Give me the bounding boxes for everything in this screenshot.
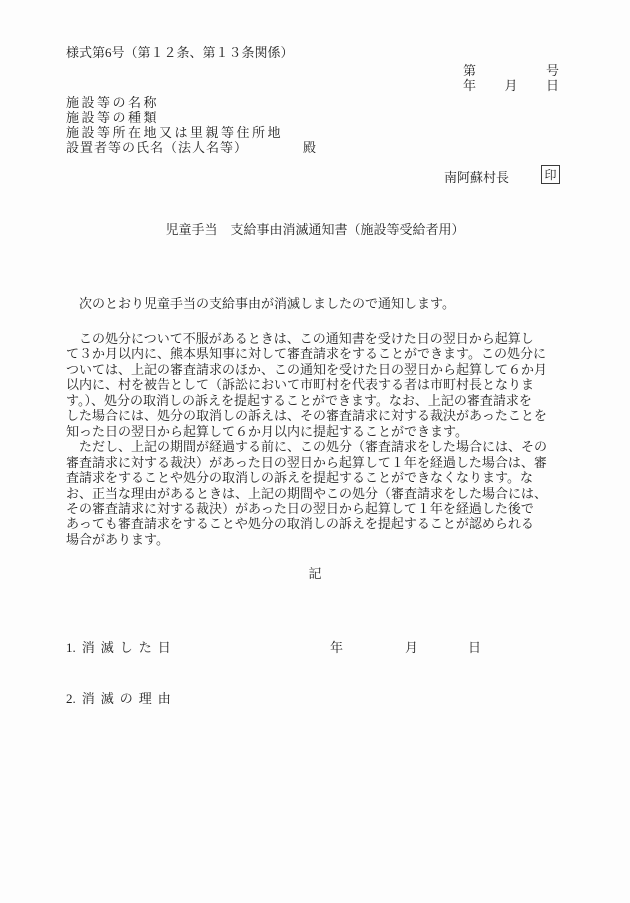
seal-stamp-box: 印	[541, 165, 560, 184]
doc-number-suffix: 号	[546, 63, 559, 78]
date-day-label: 日	[546, 78, 559, 93]
doc-number-prefix: 第	[463, 63, 476, 78]
item-2-label: 消滅の理由	[82, 691, 177, 706]
page-title: 児童手当 支給事由消滅通知書（施設等受給者用）	[0, 222, 630, 237]
honorific-label: 殿	[303, 140, 316, 155]
item-2-number: 2.	[66, 691, 76, 706]
item-1-number: 1.	[66, 640, 76, 655]
facility-address-label: 施設等所在地又は里親等住所地	[66, 125, 283, 140]
item-1-month-label: 月	[405, 640, 418, 655]
date-year-label: 年	[463, 78, 476, 93]
doc-number-line: 第 号	[463, 63, 559, 78]
appeal-notice-text: この処分について不服があるときは、この通知書を受けた日の翌日から起算し て３か月…	[66, 331, 547, 547]
item-1-label: 消滅した日	[82, 640, 177, 655]
document-page: 様式第6号（第１２条、第１３条関係） 第 号 年 月 日 施設等の名称 施設等の…	[0, 0, 630, 903]
list-item-lapse-reason: 2.消滅の理由	[66, 691, 177, 706]
item-1-day-label: 日	[468, 640, 481, 655]
facility-name-label: 施設等の名称	[66, 95, 159, 110]
intro-text: 次のとおり児童手当の支給事由が消滅しましたので通知します。	[66, 296, 455, 311]
list-item-lapse-date: 1.消滅した日	[66, 640, 177, 655]
date-line: 年 月 日	[463, 78, 559, 93]
issuer-name: 南阿蘇村長	[444, 170, 509, 185]
record-marker: 記	[0, 566, 630, 581]
founder-name-label: 設置者等の氏名（法人名等）	[66, 140, 248, 155]
facility-type-label: 施設等の種類	[66, 110, 159, 125]
item-1-year-label: 年	[330, 640, 343, 655]
form-label: 様式第6号（第１２条、第１３条関係）	[66, 45, 294, 60]
date-month-label: 月	[504, 78, 517, 93]
seal-stamp-icon: 印	[544, 169, 556, 181]
